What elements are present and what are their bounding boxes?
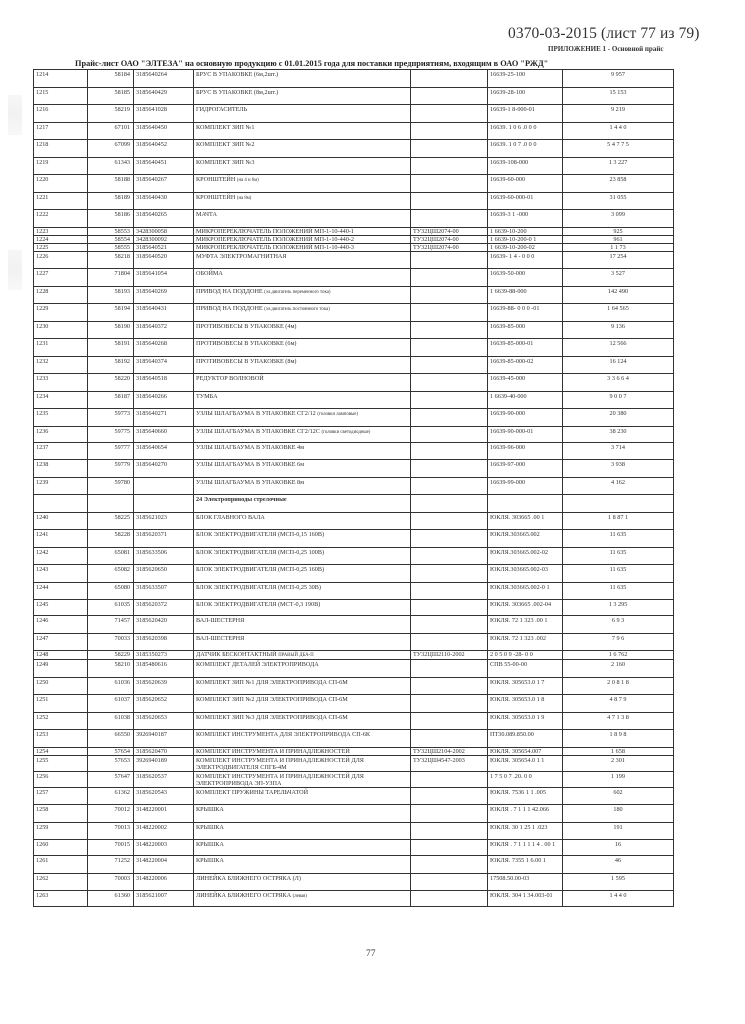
drawing-number: ЮКЛЯ. 303665 .002-04 bbox=[490, 601, 551, 608]
product-name-cell: КОМПЛЕКТ ДЕТАЛЕЙ ЭЛЕКТРОПРИВОДА bbox=[194, 660, 411, 678]
okp-code-cell: 3148220003 bbox=[134, 840, 194, 856]
product-code-cell: 58184 bbox=[88, 70, 134, 88]
product-name: КОМПЛЕКТ ИНСТРУМЕНТА И ПРИНАДЛЕЖНОСТЕЙ Д… bbox=[196, 773, 364, 787]
product-code-cell: 58220 bbox=[88, 374, 134, 392]
product-code-cell: 58228 bbox=[88, 530, 134, 548]
price-cell: 5 4 7 7 5 bbox=[563, 140, 674, 158]
product-name-cell: КРЫШКА bbox=[194, 805, 411, 823]
price-cell: 6 9 3 bbox=[563, 616, 674, 634]
drawing-number-cell: 16639-85-000-01 bbox=[488, 339, 563, 357]
okp-code-cell: 3185640518 bbox=[134, 374, 194, 392]
drawing-number-cell: ЮКЛЯ. 303665 .002-04 bbox=[488, 600, 563, 616]
product-name: КОМПЛЕКТ ЗИП №3 bbox=[196, 159, 254, 166]
product-name: БЛОК ЭЛЕКТРОДВИГАТЕЛЯ (МСП-0,25 100В) bbox=[196, 549, 324, 556]
product-code: 58191 bbox=[115, 340, 130, 347]
drawing-number-cell: 16639-3 1 -000 bbox=[488, 210, 563, 228]
tech-spec-cell bbox=[411, 157, 488, 175]
tech-spec-cell bbox=[411, 633, 488, 651]
row-number: 1255 bbox=[36, 757, 48, 764]
drawing-number: ЮКЛЯ. 305653.0 1 7 bbox=[490, 679, 544, 686]
price: 1 6 762 bbox=[609, 651, 628, 658]
price-cell: 925 bbox=[563, 227, 674, 235]
okp-code: 3185640264 bbox=[136, 71, 167, 78]
price: 1 8 87 1 bbox=[608, 514, 628, 521]
okp-code-cell: 3185620371 bbox=[134, 530, 194, 548]
product-code-cell: 66550 bbox=[88, 730, 134, 748]
table-row: 1257613623185620543КОМПЛЕКТ ПРУЖИНЫ ТАРЕ… bbox=[34, 787, 674, 805]
row-number-cell: 1246 bbox=[34, 616, 88, 634]
price: 11 635 bbox=[610, 566, 627, 573]
product-name-cell: БЛОК ЭЛЕКТРОДВИГАТЕЛЯ (МСП-0,25 30В) bbox=[194, 582, 411, 600]
product-name: УЗЛЫ ШЛАГБАУМА В УПАКОВКЕ СГ2/12 bbox=[196, 410, 316, 417]
okp-code: 3185640374 bbox=[136, 358, 167, 365]
drawing-number-cell: ЮКЛЯ.303665.002 bbox=[488, 530, 563, 548]
row-number-cell: 1214 bbox=[34, 70, 88, 88]
row-number: 1225 bbox=[36, 244, 48, 251]
table-row: 1238597793185640270УЗЛЫ ШЛАГБАУМА В УПАК… bbox=[34, 460, 674, 478]
product-name-cell: КРОНШТЕЙН (на 4 и 6м) bbox=[194, 175, 411, 193]
okp-code: 3185620543 bbox=[136, 789, 167, 796]
drawing-number: 16639-25-100 bbox=[490, 71, 525, 78]
price-cell: 4 8 7 9 bbox=[563, 695, 674, 713]
product-code-cell bbox=[88, 495, 134, 513]
okp-code: 3428300092 bbox=[136, 236, 167, 243]
price: 3 099 bbox=[611, 211, 625, 218]
product-code: 67099 bbox=[115, 141, 130, 148]
tech-spec-cell bbox=[411, 677, 488, 695]
product-name: КРЫШКА bbox=[196, 824, 224, 831]
product-code: 58220 bbox=[115, 375, 130, 382]
okp-code-cell: 3185620543 bbox=[134, 787, 194, 805]
okp-code: 3185620652 bbox=[136, 696, 167, 703]
price: 1 1 73 bbox=[610, 244, 625, 251]
product-code: 59779 bbox=[115, 461, 130, 468]
okp-code-cell: 3185640654 bbox=[134, 442, 194, 460]
tech-spec-cell bbox=[411, 805, 488, 823]
product-name: ЛИНЕЙКА БЛИЖНЕГО ОСТРЯКА bbox=[196, 892, 291, 899]
product-code-cell: 58193 bbox=[88, 286, 134, 304]
row-number-cell: 1250 bbox=[34, 677, 88, 695]
row-number-cell: 1239 bbox=[34, 477, 88, 495]
drawing-number-cell: ЮКЛЯ. 30 1 25 1 .023 bbox=[488, 822, 563, 840]
product-name-note: (головки ламповые) bbox=[317, 412, 358, 417]
product-name: РЕДУКТОР ВОЛНОВОЙ bbox=[196, 375, 264, 382]
drawing-number: 16639-97-000 bbox=[490, 461, 525, 468]
product-name-cell: МИКРОПЕРЕКЛЮЧАТЕЛЬ ПОЛОЖЕНИЙ МП-1-10-440… bbox=[194, 227, 411, 235]
drawing-number: 2 0 5 0 9 -28- 0 0 bbox=[490, 651, 533, 658]
product-name: ПРИВОД НА ПОДДОНЕ bbox=[196, 305, 263, 312]
product-name-cell: КОМПЛЕКТ ЗИП №1 bbox=[194, 122, 411, 140]
tech-spec-cell bbox=[411, 391, 488, 409]
okp-code: 3185350273 bbox=[136, 651, 167, 658]
drawing-number: ЮКЛЯ. 7355 1 6.00 1 bbox=[490, 857, 546, 864]
okp-code-cell: 3185620639 bbox=[134, 677, 194, 695]
table-row: 1259700133148220002КРЫШКАЮКЛЯ. 30 1 25 1… bbox=[34, 822, 674, 840]
price: 38 230 bbox=[609, 428, 626, 435]
tech-spec-cell bbox=[411, 495, 488, 513]
price: 9 957 bbox=[611, 71, 625, 78]
product-name-cell: КОМПЛЕКТ ЗИП №3 ДЛЯ ЭЛЕКТРОПРИВОДА СП-6М bbox=[194, 712, 411, 730]
price: 23 858 bbox=[609, 176, 626, 183]
okp-code: 3148220004 bbox=[136, 857, 167, 864]
tech-spec-cell: ТУ32ЦШ4547-2003 bbox=[411, 755, 488, 771]
okp-code: 3185620371 bbox=[136, 531, 167, 538]
drawing-number: ЮКЛЯ. 305654.007 bbox=[490, 748, 541, 755]
row-number-cell: 1261 bbox=[34, 856, 88, 874]
product-code-cell: 61038 bbox=[88, 712, 134, 730]
table-row: 1220581883185640267КРОНШТЕЙН (на 4 и 6м)… bbox=[34, 175, 674, 193]
okp-code-cell: 3185640660 bbox=[134, 426, 194, 442]
row-number-cell: 1263 bbox=[34, 891, 88, 907]
row-number-cell: 1218 bbox=[34, 140, 88, 158]
row-number-cell: 1241 bbox=[34, 530, 88, 548]
row-number-cell: 1253 bbox=[34, 730, 88, 748]
product-name-cell: УЗЛЫ ШЛАГБАУМА В УПАКОВКЕ СГ2/12 (головк… bbox=[194, 409, 411, 427]
product-name-cell: КОМПЛЕКТ ИНСТРУМЕНТА ДЛЯ ЭЛЕКТРОПРИВОДА … bbox=[194, 730, 411, 748]
product-name: КОМПЛЕКТ ИНСТРУМЕНТА И ПРИНАДЛЕЖНОСТЕЙ Д… bbox=[196, 757, 364, 771]
price-cell: 3 527 bbox=[563, 269, 674, 287]
tech-spec: ТУ32ЦШ2074-00 bbox=[413, 244, 459, 251]
okp-code-cell: 3148220002 bbox=[134, 822, 194, 840]
drawing-number: 16639-108-000 bbox=[490, 159, 528, 166]
okp-code: 3185620398 bbox=[136, 635, 167, 642]
row-number-cell: 1215 bbox=[34, 87, 88, 105]
price-cell: 1 4 4 0 bbox=[563, 891, 674, 907]
tech-spec-cell bbox=[411, 530, 488, 548]
product-code: 66550 bbox=[115, 731, 130, 738]
drawing-number: 16639-85-000-02 bbox=[490, 358, 533, 365]
drawing-number: 16639-1 8-000-01 bbox=[490, 106, 535, 113]
table-row: 1250610363185620639КОМПЛЕКТ ЗИП №1 ДЛЯ Э… bbox=[34, 677, 674, 695]
price-cell: 23 858 bbox=[563, 175, 674, 193]
product-name: КРОНШТЕЙН bbox=[196, 194, 235, 201]
okp-code-cell: 3185350273 bbox=[134, 651, 194, 660]
product-name-cell: ТУМБА bbox=[194, 391, 411, 409]
product-code-cell: 70013 bbox=[88, 822, 134, 840]
tech-spec-cell: ТУ32ЦШ2104-2002 bbox=[411, 747, 488, 755]
okp-code-cell: 3926940189 bbox=[134, 755, 194, 771]
okp-code-cell: 3185620650 bbox=[134, 565, 194, 583]
table-row: 1237597773185640654УЗЛЫ ШЛАГБАУМА В УПАК… bbox=[34, 442, 674, 460]
row-number: 1222 bbox=[36, 211, 48, 218]
tech-spec-cell: ТУ32ЦШ2074-00 bbox=[411, 227, 488, 235]
price: 9 0 0 7 bbox=[609, 393, 626, 400]
price-cell: 9 0 0 7 bbox=[563, 391, 674, 409]
okp-code-cell: 3185641054 bbox=[134, 269, 194, 287]
product-code: 61038 bbox=[115, 714, 130, 721]
table-row: 1234581873185640266ТУМБА1 6639-40-0009 0… bbox=[34, 391, 674, 409]
row-number-cell: 1247 bbox=[34, 633, 88, 651]
price-cell: 1 64 565 bbox=[563, 304, 674, 322]
okp-code-cell: 3185640269 bbox=[134, 286, 194, 304]
product-name-cell: ВАЛ-ШЕСТЕРНЯ bbox=[194, 616, 411, 634]
drawing-number: ЮКЛЯ. 72 1 323 .00 1 bbox=[490, 617, 547, 624]
drawing-number: 1 7 5 0 7 .20. 0 0 bbox=[490, 773, 532, 780]
drawing-number-cell: 16639- 1 4 - 0 0 0 bbox=[488, 251, 563, 269]
okp-code-cell bbox=[134, 477, 194, 495]
row-number: 1231 bbox=[36, 340, 48, 347]
drawing-number-cell: 16639-28-100 bbox=[488, 87, 563, 105]
product-code-cell: 58190 bbox=[88, 321, 134, 339]
product-name-cell: 24 Электроприводы стрелочные bbox=[194, 495, 411, 513]
product-code-cell: 58192 bbox=[88, 356, 134, 374]
price: 17 254 bbox=[609, 253, 626, 260]
product-name-cell: УЗЛЫ ШЛАГБАУМА В УПАКОВКЕ 8м bbox=[194, 477, 411, 495]
product-name-cell: КРОНШТЕЙН (на 8м) bbox=[194, 192, 411, 210]
product-code-cell: 61035 bbox=[88, 600, 134, 616]
tech-spec-cell bbox=[411, 856, 488, 874]
row-number: 1243 bbox=[36, 566, 48, 573]
table-row: 1236597753185640660 УЗЛЫ ШЛАГБАУМА В УПА… bbox=[34, 426, 674, 442]
price: 1 3 295 bbox=[609, 601, 628, 608]
okp-code-cell: 3185640451 bbox=[134, 157, 194, 175]
price: 2 0 8 1 8 bbox=[607, 679, 629, 686]
okp-code-cell: 3428300058 bbox=[134, 227, 194, 235]
tech-spec-cell bbox=[411, 771, 488, 787]
drawing-number-cell: 2 0 5 0 9 -28- 0 0 bbox=[488, 651, 563, 660]
product-code: 67101 bbox=[115, 124, 130, 131]
drawing-number: 16639-45-000 bbox=[490, 375, 525, 382]
product-name: КОМПЛЕКТ ДЕТАЛЕЙ ЭЛЕКТРОПРИВОДА bbox=[196, 661, 319, 668]
product-name-cell: ДАТЧИК БЕСКОНТАКТНЫЙ ПРАВЫЙ ДБА-П bbox=[194, 651, 411, 660]
product-name: УЗЛЫ ШЛАГБАУМА В УПАКОВКЕ СГ2/12С bbox=[196, 428, 320, 435]
product-code: 58189 bbox=[115, 194, 130, 201]
product-name-note: (эл.двигатель переменного тока) bbox=[264, 290, 330, 295]
row-number-cell: 1223 bbox=[34, 227, 88, 235]
drawing-number: 16639-60-000 bbox=[490, 176, 525, 183]
tech-spec-cell bbox=[411, 175, 488, 193]
row-number-cell: 1226 bbox=[34, 251, 88, 269]
drawing-number: 1 6639-40-000 bbox=[490, 393, 527, 400]
drawing-number: 16639-3 1 -000 bbox=[490, 211, 528, 218]
row-number: 1247 bbox=[36, 635, 48, 642]
product-name-cell: РЕДУКТОР ВОЛНОВОЙ bbox=[194, 374, 411, 392]
drawing-number-cell: ЮКЛЯ. 7536 1 1 .005 bbox=[488, 787, 563, 805]
drawing-number-cell: ЮКЛЯ. 72 1 323 .00 1 bbox=[488, 616, 563, 634]
scan-artifact bbox=[8, 95, 22, 135]
product-code: 65081 bbox=[115, 549, 130, 556]
row-number-cell: 1222 bbox=[34, 210, 88, 228]
price-table-body: 1214581843185640264БРУС В УПАКОВКЕ (6м,2… bbox=[34, 70, 674, 907]
row-number: 1216 bbox=[36, 106, 48, 113]
tech-spec-cell bbox=[411, 547, 488, 565]
tech-spec-cell bbox=[411, 70, 488, 88]
okp-code-cell: 3185620537 bbox=[134, 771, 194, 787]
row-number-cell: 1242 bbox=[34, 547, 88, 565]
row-number-cell: 1220 bbox=[34, 175, 88, 193]
okp-code-cell: 3185620470 bbox=[134, 747, 194, 755]
price: 3 714 bbox=[611, 444, 625, 451]
product-code: 58218 bbox=[115, 253, 130, 260]
product-code: 70012 bbox=[115, 806, 130, 813]
tech-spec-cell bbox=[411, 269, 488, 287]
product-code: 58554 bbox=[115, 236, 130, 243]
okp-code-cell: 3185621023 bbox=[134, 512, 194, 530]
product-code: 71804 bbox=[115, 270, 130, 277]
table-row: 1247700333185620398ВАЛ-ШЕСТЕРНЯЮКЛЯ. 72 … bbox=[34, 633, 674, 651]
row-number: 1228 bbox=[36, 288, 48, 295]
price-cell: 1 4 4 0 bbox=[563, 122, 674, 140]
product-code-cell: 67101 bbox=[88, 122, 134, 140]
product-name-cell: ПРИВОД НА ПОДДОНЕ (эл.двигатель переменн… bbox=[194, 286, 411, 304]
drawing-number-cell: 16639-1 8-000-01 bbox=[488, 105, 563, 123]
tech-spec-cell bbox=[411, 140, 488, 158]
price: 1 8 9 8 bbox=[609, 731, 626, 738]
table-row: 1232581923185640374ПРОТИВОВЕСЫ В УПАКОВК… bbox=[34, 356, 674, 374]
okp-code-cell: 3185640264 bbox=[134, 70, 194, 88]
okp-code-cell: 3185640270 bbox=[134, 460, 194, 478]
price: 1 3 227 bbox=[609, 159, 628, 166]
table-row: 1223585533428300058МИКРОПЕРЕКЛЮЧАТЕЛЬ ПО… bbox=[34, 227, 674, 235]
price-cell: 12 566 bbox=[563, 339, 674, 357]
row-number-cell: 1234 bbox=[34, 391, 88, 409]
tech-spec-cell bbox=[411, 442, 488, 460]
product-name: 24 Электроприводы стрелочные bbox=[196, 496, 287, 503]
row-number-cell: 1254 bbox=[34, 747, 88, 755]
row-number: 1263 bbox=[36, 892, 48, 899]
tech-spec: ТУ32ЦШ2104-2002 bbox=[413, 748, 465, 755]
table-row: 1215581853185640429БРУС В УПАКОВКЕ (8м,2… bbox=[34, 87, 674, 105]
product-code-cell: 61036 bbox=[88, 677, 134, 695]
product-code-cell: 59779 bbox=[88, 460, 134, 478]
okp-code-cell: 3185620653 bbox=[134, 712, 194, 730]
product-name: УЗЛЫ ШЛАГБАУМА В УПАКОВКЕ 8м bbox=[196, 479, 304, 486]
row-number-cell: 1237 bbox=[34, 442, 88, 460]
okp-code: 3185633506 bbox=[136, 549, 167, 556]
product-name: ВАЛ-ШЕСТЕРНЯ bbox=[196, 617, 244, 624]
price: 9 136 bbox=[611, 323, 625, 330]
row-number-cell: 1221 bbox=[34, 192, 88, 210]
table-row: 1261712523148220004КРЫШКАЮКЛЯ. 7355 1 6.… bbox=[34, 856, 674, 874]
product-code-cell: 59780 bbox=[88, 477, 134, 495]
tech-spec-cell bbox=[411, 695, 488, 713]
okp-code: 3185620650 bbox=[136, 566, 167, 573]
row-number: 1259 bbox=[36, 824, 48, 831]
drawing-number-cell: 16639-99-000 bbox=[488, 477, 563, 495]
row-number: 1251 bbox=[36, 696, 48, 703]
row-number-cell: 1240 bbox=[34, 512, 88, 530]
table-row: 1225585553185640521МИКРОПЕРЕКЛЮЧАТЕЛЬ ПО… bbox=[34, 243, 674, 251]
okp-code: 3185640266 bbox=[136, 393, 167, 400]
product-name-cell: МУФТА ЭЛЕКТРОМАГНИТНАЯ bbox=[194, 251, 411, 269]
drawing-number-cell: 16639-45-000 bbox=[488, 374, 563, 392]
drawing-number: 16639-96-000 bbox=[490, 444, 525, 451]
drawing-number-cell: ЮКЛЯ. 303665 .00 1 bbox=[488, 512, 563, 530]
table-row: 1227718043185641054ОБОЙМА16639-50-0003 5… bbox=[34, 269, 674, 287]
tech-spec: ТУ32ЦШ2074-00 bbox=[413, 228, 459, 235]
product-code-cell: 58218 bbox=[88, 251, 134, 269]
price-cell: 4 162 bbox=[563, 477, 674, 495]
product-code: 57654 bbox=[115, 748, 130, 755]
drawing-number-cell bbox=[488, 495, 563, 513]
price: 3 3 6 6 4 bbox=[607, 375, 629, 382]
drawing-number-cell: 1 6639-40-000 bbox=[488, 391, 563, 409]
product-code: 70003 bbox=[115, 875, 130, 882]
okp-code-cell: 3185620398 bbox=[134, 633, 194, 651]
row-number-cell: 1236 bbox=[34, 426, 88, 442]
price-cell: 38 230 bbox=[563, 426, 674, 442]
drawing-number: 16639. 1 0 6 .0 0 0 bbox=[490, 124, 536, 131]
product-code: 61362 bbox=[115, 789, 130, 796]
product-name: КОМПЛЕКТ ЗИП №1 ДЛЯ ЭЛЕКТРОПРИВОДА СП-6М bbox=[196, 679, 348, 686]
drawing-number-cell: СПВ 55-00-00 bbox=[488, 660, 563, 678]
drawing-number: ЮКЛЯ.303665.002-02 bbox=[490, 549, 548, 556]
product-code-cell: 65081 bbox=[88, 547, 134, 565]
price: 46 bbox=[615, 857, 621, 864]
okp-code-cell: 3185640266 bbox=[134, 391, 194, 409]
price-cell bbox=[563, 495, 674, 513]
product-name: КОМПЛЕКТ ЗИП №3 ДЛЯ ЭЛЕКТРОПРИВОДА СП-6М bbox=[196, 714, 348, 721]
product-name-cell: МИКРОПЕРЕКЛЮЧАТЕЛЬ ПОЛОЖЕНИЙ МП-1-10-440… bbox=[194, 235, 411, 243]
drawing-number-cell: ПТ30.089.850.00 bbox=[488, 730, 563, 748]
product-name: ПРОТИВОВЕСЫ В УПАКОВКЕ (4м) bbox=[196, 323, 296, 330]
product-name-cell: БРУС В УПАКОВКЕ (8м,2шт.) bbox=[194, 87, 411, 105]
product-code-cell: 65082 bbox=[88, 565, 134, 583]
product-name: КРОНШТЕЙН bbox=[196, 176, 235, 183]
okp-code: 3926940189 bbox=[136, 757, 167, 764]
product-name: УЗЛЫ ШЛАГБАУМА В УПАКОВКЕ 4м bbox=[196, 444, 304, 451]
price-cell: 16 124 bbox=[563, 356, 674, 374]
product-code-cell: 71457 bbox=[88, 616, 134, 634]
price: 16 124 bbox=[609, 358, 626, 365]
price-cell: 1 1 73 bbox=[563, 243, 674, 251]
product-code-cell: 61360 bbox=[88, 891, 134, 907]
product-name-cell: КОМПЛЕКТ ПРУЖИНЫ ТАРЕЛЬЧАТОЙ bbox=[194, 787, 411, 805]
product-name-cell: КОМПЛЕКТ ЗИП №1 ДЛЯ ЭЛЕКТРОПРИВОДА СП-6М bbox=[194, 677, 411, 695]
product-code: 57647 bbox=[115, 773, 130, 780]
table-row: 1216582193185641028ГИДРОГАСИТЕЛЬ16639-1 … bbox=[34, 105, 674, 123]
price: 12 566 bbox=[609, 340, 626, 347]
product-name: МИКРОПЕРЕКЛЮЧАТЕЛЬ ПОЛОЖЕНИЙ МП-1-10-440… bbox=[196, 228, 354, 235]
drawing-number: ЮКЛЯ.303665.002-03 bbox=[490, 566, 548, 573]
price: 11 635 bbox=[610, 584, 627, 591]
okp-code: 3185633507 bbox=[136, 584, 167, 591]
drawing-number: 16639. 1 0 7 .0 0 0 bbox=[490, 141, 536, 148]
tech-spec-cell bbox=[411, 460, 488, 478]
drawing-number: 16639-90-000 bbox=[490, 410, 525, 417]
row-number-cell: 1235 bbox=[34, 409, 88, 427]
table-row: 1235597733185640271УЗЛЫ ШЛАГБАУМА В УПАК… bbox=[34, 409, 674, 427]
product-code: 61037 bbox=[115, 696, 130, 703]
tech-spec-cell: ТУ32ЦШ2074-00 bbox=[411, 235, 488, 243]
drawing-number: 1 6639-88-000 bbox=[490, 288, 527, 295]
product-code-cell: 59773 bbox=[88, 409, 134, 427]
product-code: 58186 bbox=[115, 211, 130, 218]
price: 3 938 bbox=[611, 461, 625, 468]
price-cell: 3 938 bbox=[563, 460, 674, 478]
product-name: БЛОК ЭЛЕКТРОДВИГАТЕЛЯ (МСП-0,25 160В) bbox=[196, 566, 324, 573]
drawing-number-cell: 16639-85-000 bbox=[488, 321, 563, 339]
drawing-number-cell: 1 6639-88-000 bbox=[488, 286, 563, 304]
product-code: 58185 bbox=[115, 89, 130, 96]
price-cell: 1 6 762 bbox=[563, 651, 674, 660]
row-number: 1234 bbox=[36, 393, 48, 400]
row-number-cell: 1262 bbox=[34, 873, 88, 891]
tech-spec: ТУ32ЦШ2110-2002 bbox=[413, 651, 465, 658]
row-number: 1252 bbox=[36, 714, 48, 721]
tech-spec-cell bbox=[411, 210, 488, 228]
product-code-cell: 58229 bbox=[88, 651, 134, 660]
product-code: 59780 bbox=[115, 479, 130, 486]
row-number: 1246 bbox=[36, 617, 48, 624]
price: 961 bbox=[613, 236, 622, 243]
tech-spec-cell bbox=[411, 712, 488, 730]
row-number-cell: 1225 bbox=[34, 243, 88, 251]
okp-code-cell: 3148220006 bbox=[134, 873, 194, 891]
drawing-number: 1 6639-10-200 bbox=[490, 228, 527, 235]
product-code: 58190 bbox=[115, 323, 130, 330]
price: 16 bbox=[615, 841, 621, 848]
